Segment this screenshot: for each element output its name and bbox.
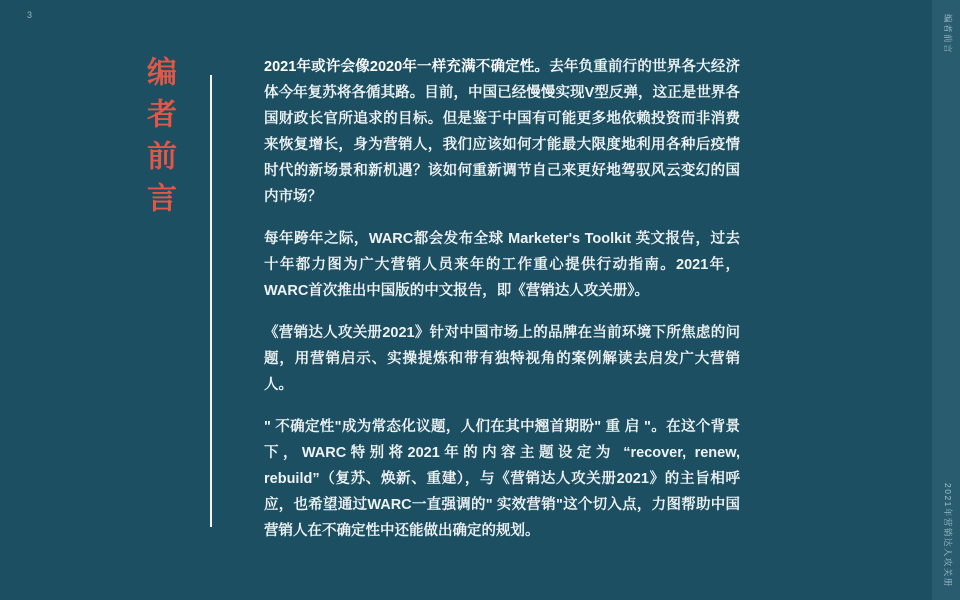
paragraph-3: 《营销达人攻关册2021》针对中国市场上的品牌在当前环境下所焦虑的问题，用营销启… (264, 320, 740, 398)
paragraph-4: " 不确定性"成为常态化议题，人们在其中翘首期盼" 重 启 "。在这个背景下，W… (264, 414, 740, 544)
right-rail: 编者前言 2021年营销达人攻关册 (932, 0, 960, 600)
editor-foreword-slide: 3 编者前言 2021年或许会像2020年一样充满不确定性。去年负重前行的世界各… (0, 0, 960, 600)
paragraph-2: 每年跨年之际，WARC都会发布全球 Marketer's Toolkit 英文报… (264, 226, 740, 304)
rail-section-label: 编者前言 (942, 14, 954, 54)
paragraph-1: 2021年或许会像2020年一样充满不确定性。去年负重前行的世界各大经济体今年复… (264, 54, 740, 210)
lead-sentence: 2021年或许会像2020年一样充满不确定性。 (264, 59, 549, 75)
vertical-divider (210, 75, 212, 527)
page-number: 3 (27, 10, 32, 20)
section-title-vertical: 编者前言 (143, 56, 173, 224)
paragraph-1-rest: 去年负重前行的世界各大经济体今年复苏将各循其路。目前，中国已经慢慢实现V型反弹，… (264, 59, 740, 205)
body-text: 2021年或许会像2020年一样充满不确定性。去年负重前行的世界各大经济体今年复… (264, 54, 740, 560)
rail-report-title: 2021年营销达人攻关册 (942, 483, 954, 588)
